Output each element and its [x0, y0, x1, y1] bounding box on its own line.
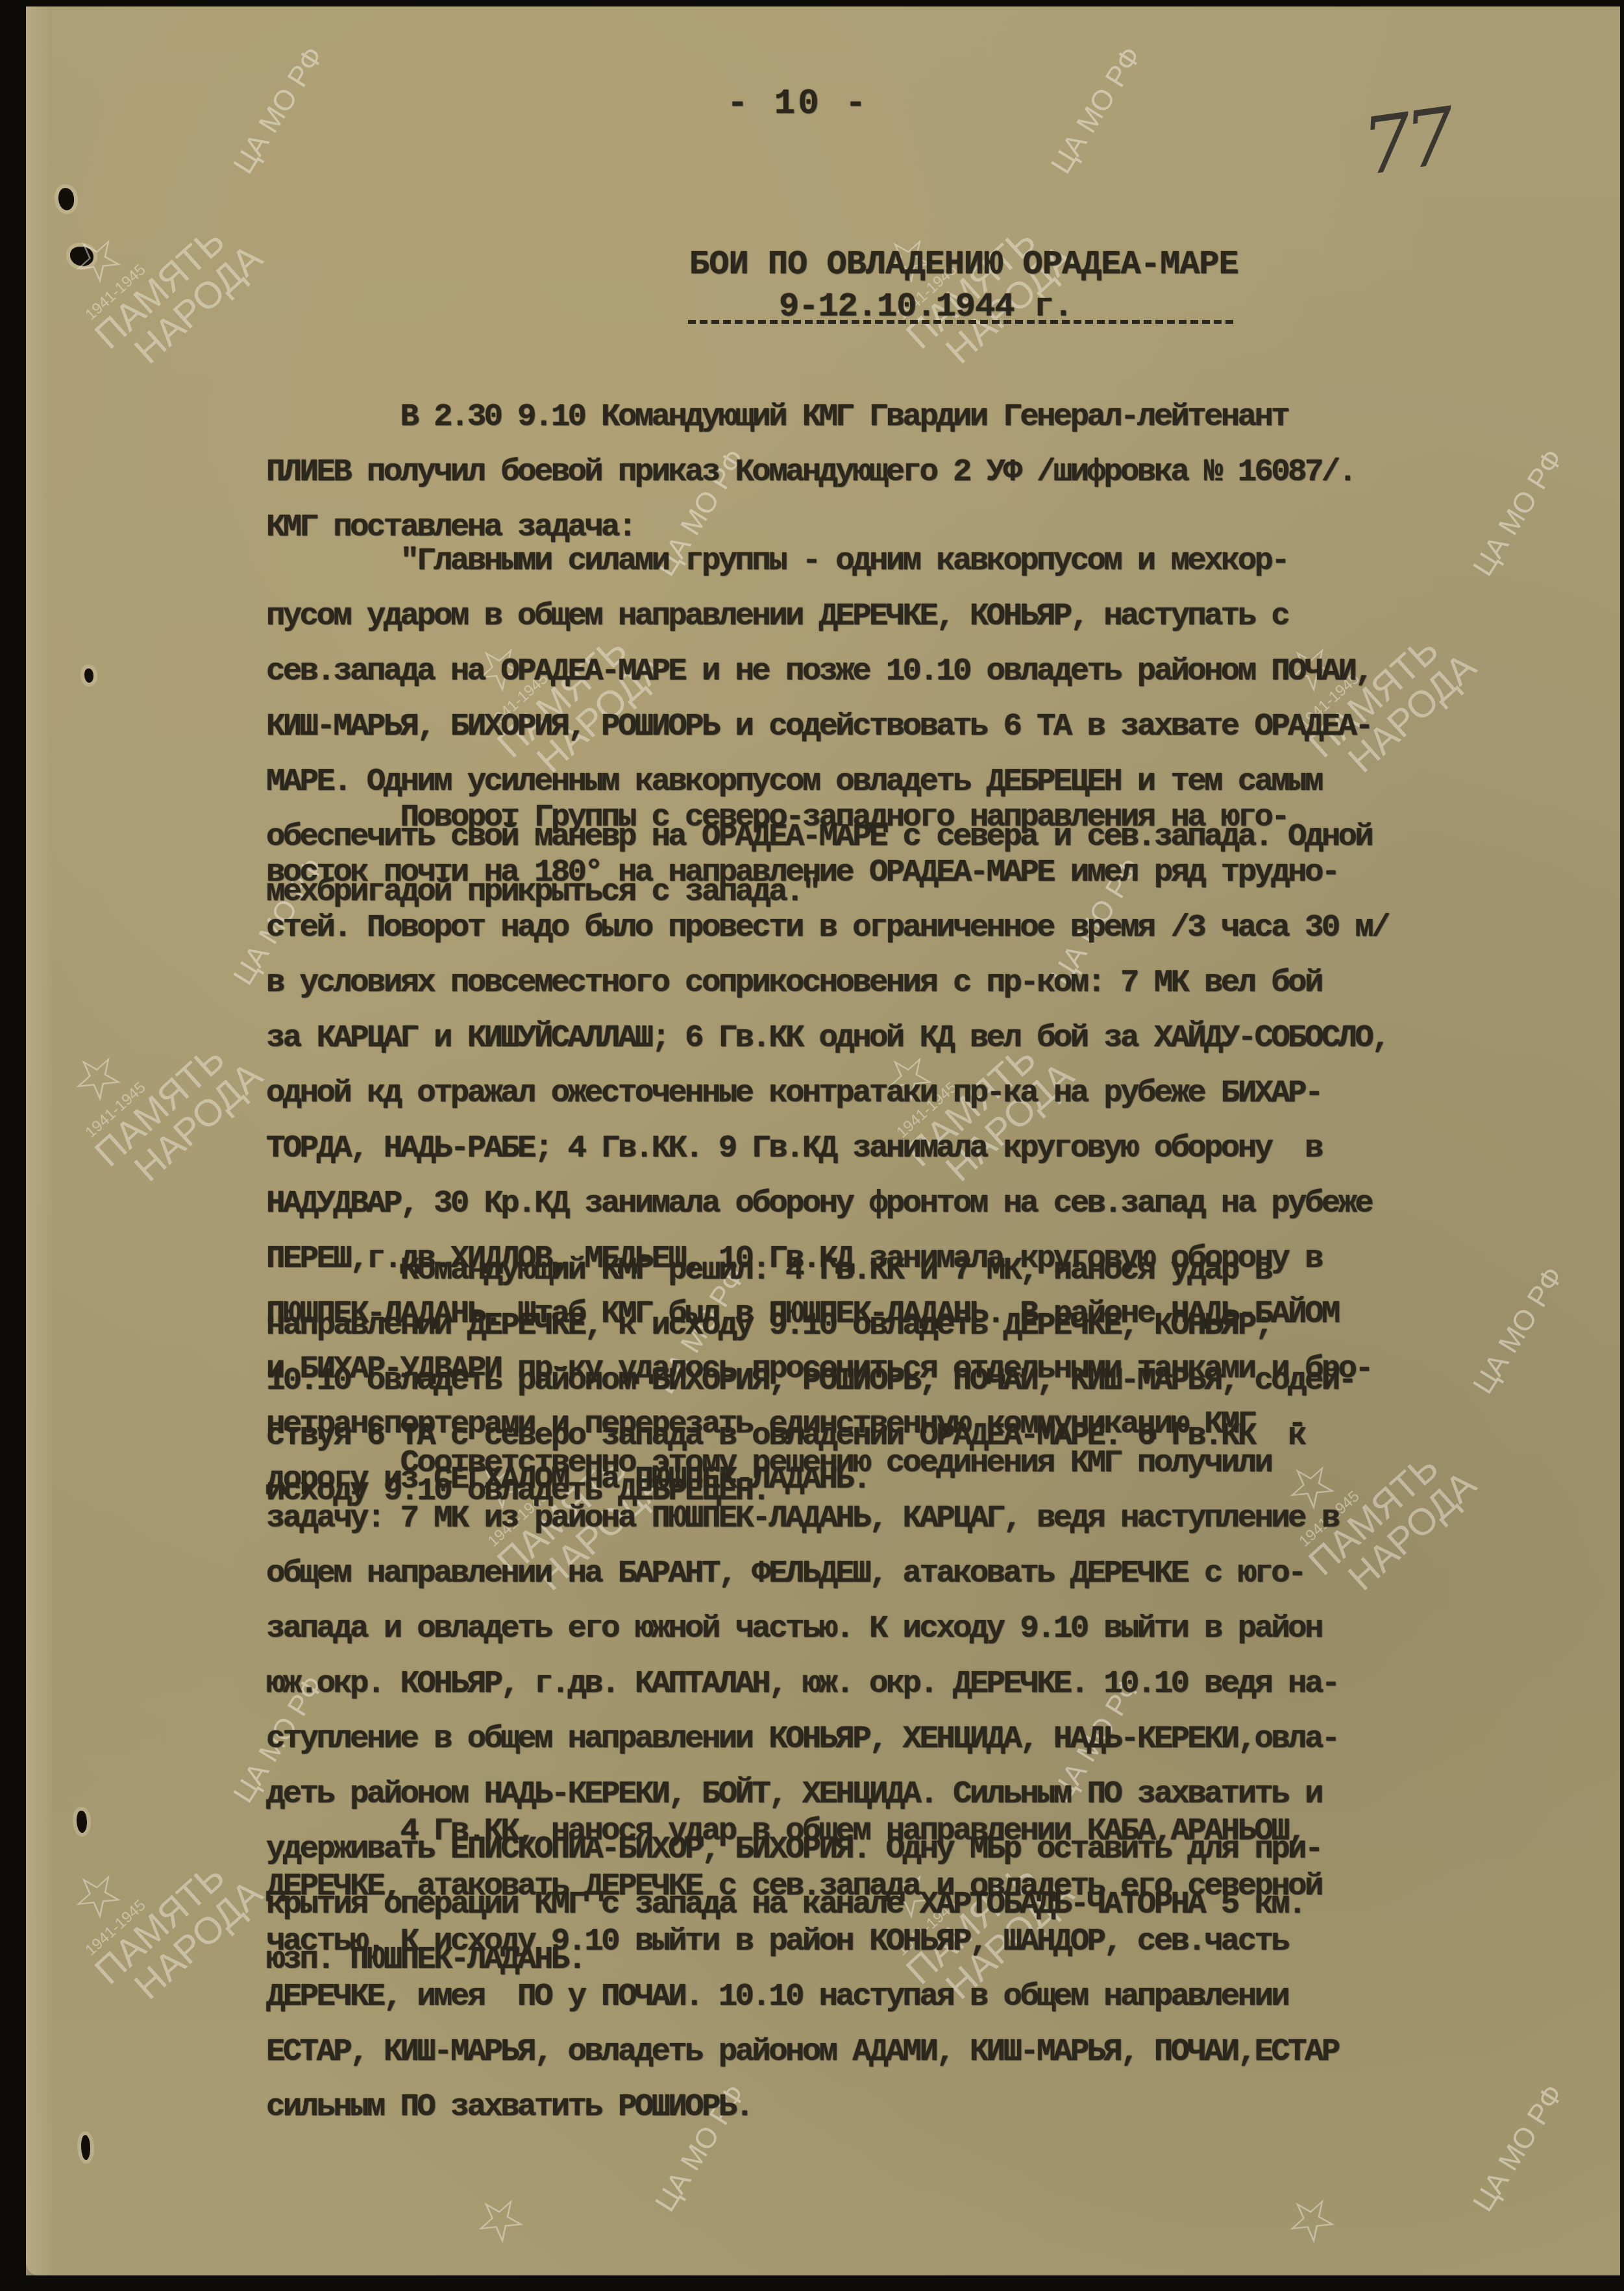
- document-title: БОИ ПО ОВЛАДЕНИЮ ОРАДЕА-МАРЕ: [689, 245, 1238, 284]
- page-number: - 10 -: [727, 84, 868, 124]
- punch-hole-icon: [81, 2135, 90, 2160]
- punch-hole-icon: [58, 188, 74, 210]
- punch-hole-icon: [77, 1811, 87, 1833]
- title-underline: [688, 320, 1233, 324]
- punch-hole-icon: [84, 668, 93, 683]
- paragraph-4gvkk-task: 4 Гв.КК, нанося удар в общем направлении…: [266, 1789, 1577, 2148]
- archive-sheet-number: 77: [1357, 92, 1455, 193]
- page-left-margin-strip: [26, 6, 52, 2275]
